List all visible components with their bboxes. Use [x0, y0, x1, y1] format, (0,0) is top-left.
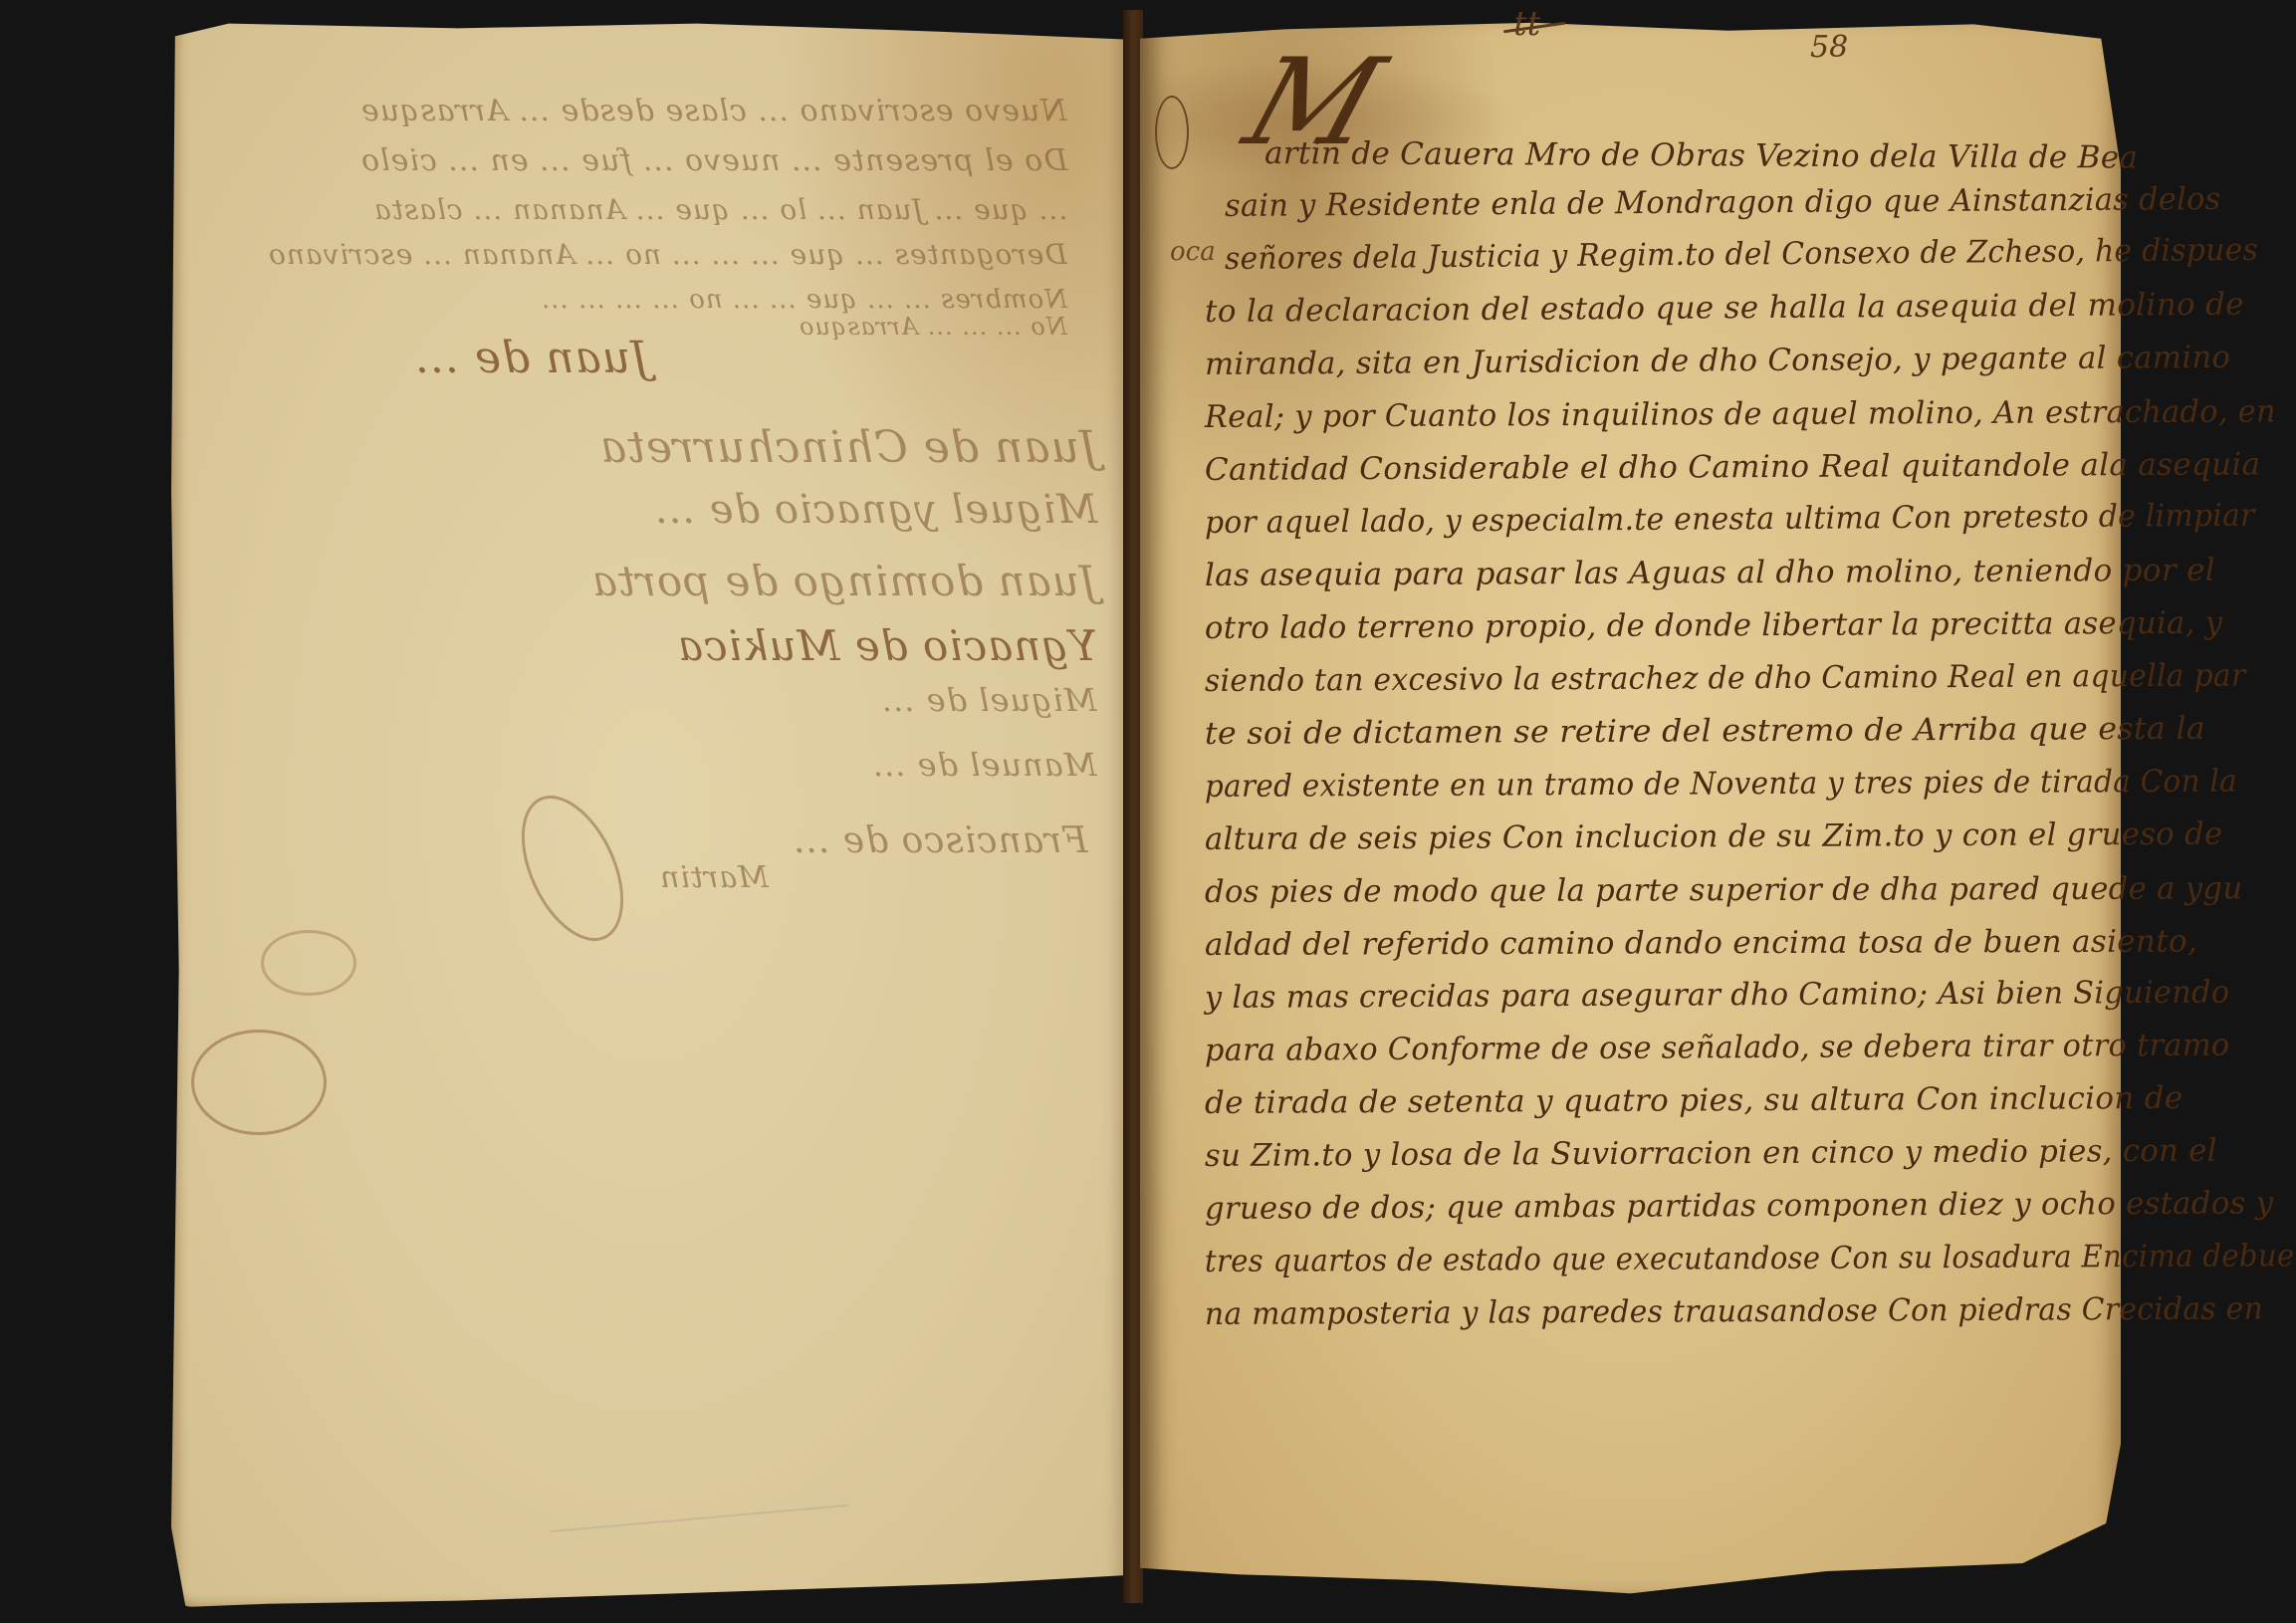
margin-flourish: [1155, 96, 1189, 169]
manuscript-line: te soi de dictamen se retire del estremo…: [1205, 703, 2129, 761]
bleed-through-line: No ... ... ... Arrasquo: [799, 313, 1067, 341]
manuscript-line: sain y Residente enla de Mondragon digo …: [1225, 174, 2094, 233]
bleed-through-signature: Ygnacio de Mukica: [677, 621, 1097, 670]
manuscript-line: para abaxo Conforme de ose señalado, se …: [1205, 1020, 2093, 1077]
manuscript-line: de tirada de setenta y quatro pies, su a…: [1205, 1072, 2111, 1130]
bleed-through-signature: Manuel de ...: [872, 746, 1097, 784]
manuscript-line: otro lado terreno propio, de donde liber…: [1205, 597, 2102, 655]
signature-flourish: [191, 1030, 327, 1135]
manuscript-line: pared existente en un tramo de Noventa y…: [1205, 756, 2066, 813]
manuscript-line: grueso de dos; que ambas partidas compon…: [1205, 1178, 2102, 1236]
left-page: Nuevo escrivano ... clase desde ... Arra…: [171, 14, 1127, 1607]
manuscript-line: las asequia para pasar las Aguas al dho …: [1205, 545, 2111, 602]
manuscript-line: Real; y por Cuanto los inquilinos de aqu…: [1205, 386, 2093, 444]
manuscript-line: na mamposteria y las paredes trauasandos…: [1205, 1283, 2075, 1341]
bleed-through-signature: Martin: [659, 860, 769, 895]
manuscript-line: su Zim.to y losa de la Suviorracion en c…: [1205, 1125, 2102, 1183]
manuscript-line: aldad del referido camino dando encima t…: [1205, 916, 2111, 972]
document-viewer: Nuevo escrivano ... clase desde ... Arra…: [0, 0, 2296, 1623]
bleed-through-signature: Miguel ygnacio de ...: [654, 487, 1097, 533]
signature-flourish: [501, 780, 644, 957]
manuscript-line: tres quartos de estado que executandose …: [1205, 1232, 2057, 1288]
signature-flourish: [261, 930, 356, 996]
bleed-through-signature: Juan de Chinchurreta: [599, 422, 1097, 473]
bleed-through-signature: Francisco de ...: [793, 820, 1087, 861]
manuscript-line: to la declaracion del estado que se hall…: [1205, 280, 2111, 339]
bleed-through-line: Derogantes ... que ... ... ... no ... An…: [268, 238, 1067, 271]
bleed-through-signature: Juan de ...: [414, 333, 649, 383]
folio-number: 58: [1810, 30, 1848, 65]
bleed-through-line: ... que ... Juan ... lo ... que ... Anan…: [373, 193, 1067, 226]
bleed-through-line: Nombres ... ... que ... ... no ... ... .…: [541, 285, 1067, 315]
bleed-through-signature: Miguel de ...: [881, 681, 1097, 719]
bleed-through-line: Do el presente ... nuevo ... fue ... en …: [360, 143, 1067, 178]
manuscript-line: miranda, sita en Jurisdicion de dho Cons…: [1205, 333, 2102, 391]
struck-folio-mark: tt: [1513, 4, 1540, 44]
manuscript-line: y las mas crecidas para asegurar dho Cam…: [1205, 967, 2093, 1025]
bleed-through-signature: Juan domingo de porta: [591, 557, 1097, 605]
manuscript-line: dos pies de modo que la parte superior d…: [1205, 863, 2102, 919]
manuscript-line: señores dela Justicia y Regim.to del Con…: [1225, 226, 2076, 286]
manuscript-line: siendo tan excesivo la estrachez de dho …: [1205, 650, 2075, 708]
manuscript-body: artin de Cauera Mro de Obras Vezino dela…: [1205, 127, 2111, 1341]
manuscript-line: altura de seis pies Con inclucion de su …: [1205, 809, 2102, 866]
manuscript-line: por aquel lado, y especialm.te enesta ul…: [1205, 491, 2075, 550]
manuscript-line: Cantidad Considerable el dho Camino Real…: [1205, 439, 2111, 497]
faint-rule-line: [550, 1505, 847, 1532]
bleed-through-line: Nuevo escrivano ... clase desde ... Arra…: [360, 94, 1067, 128]
